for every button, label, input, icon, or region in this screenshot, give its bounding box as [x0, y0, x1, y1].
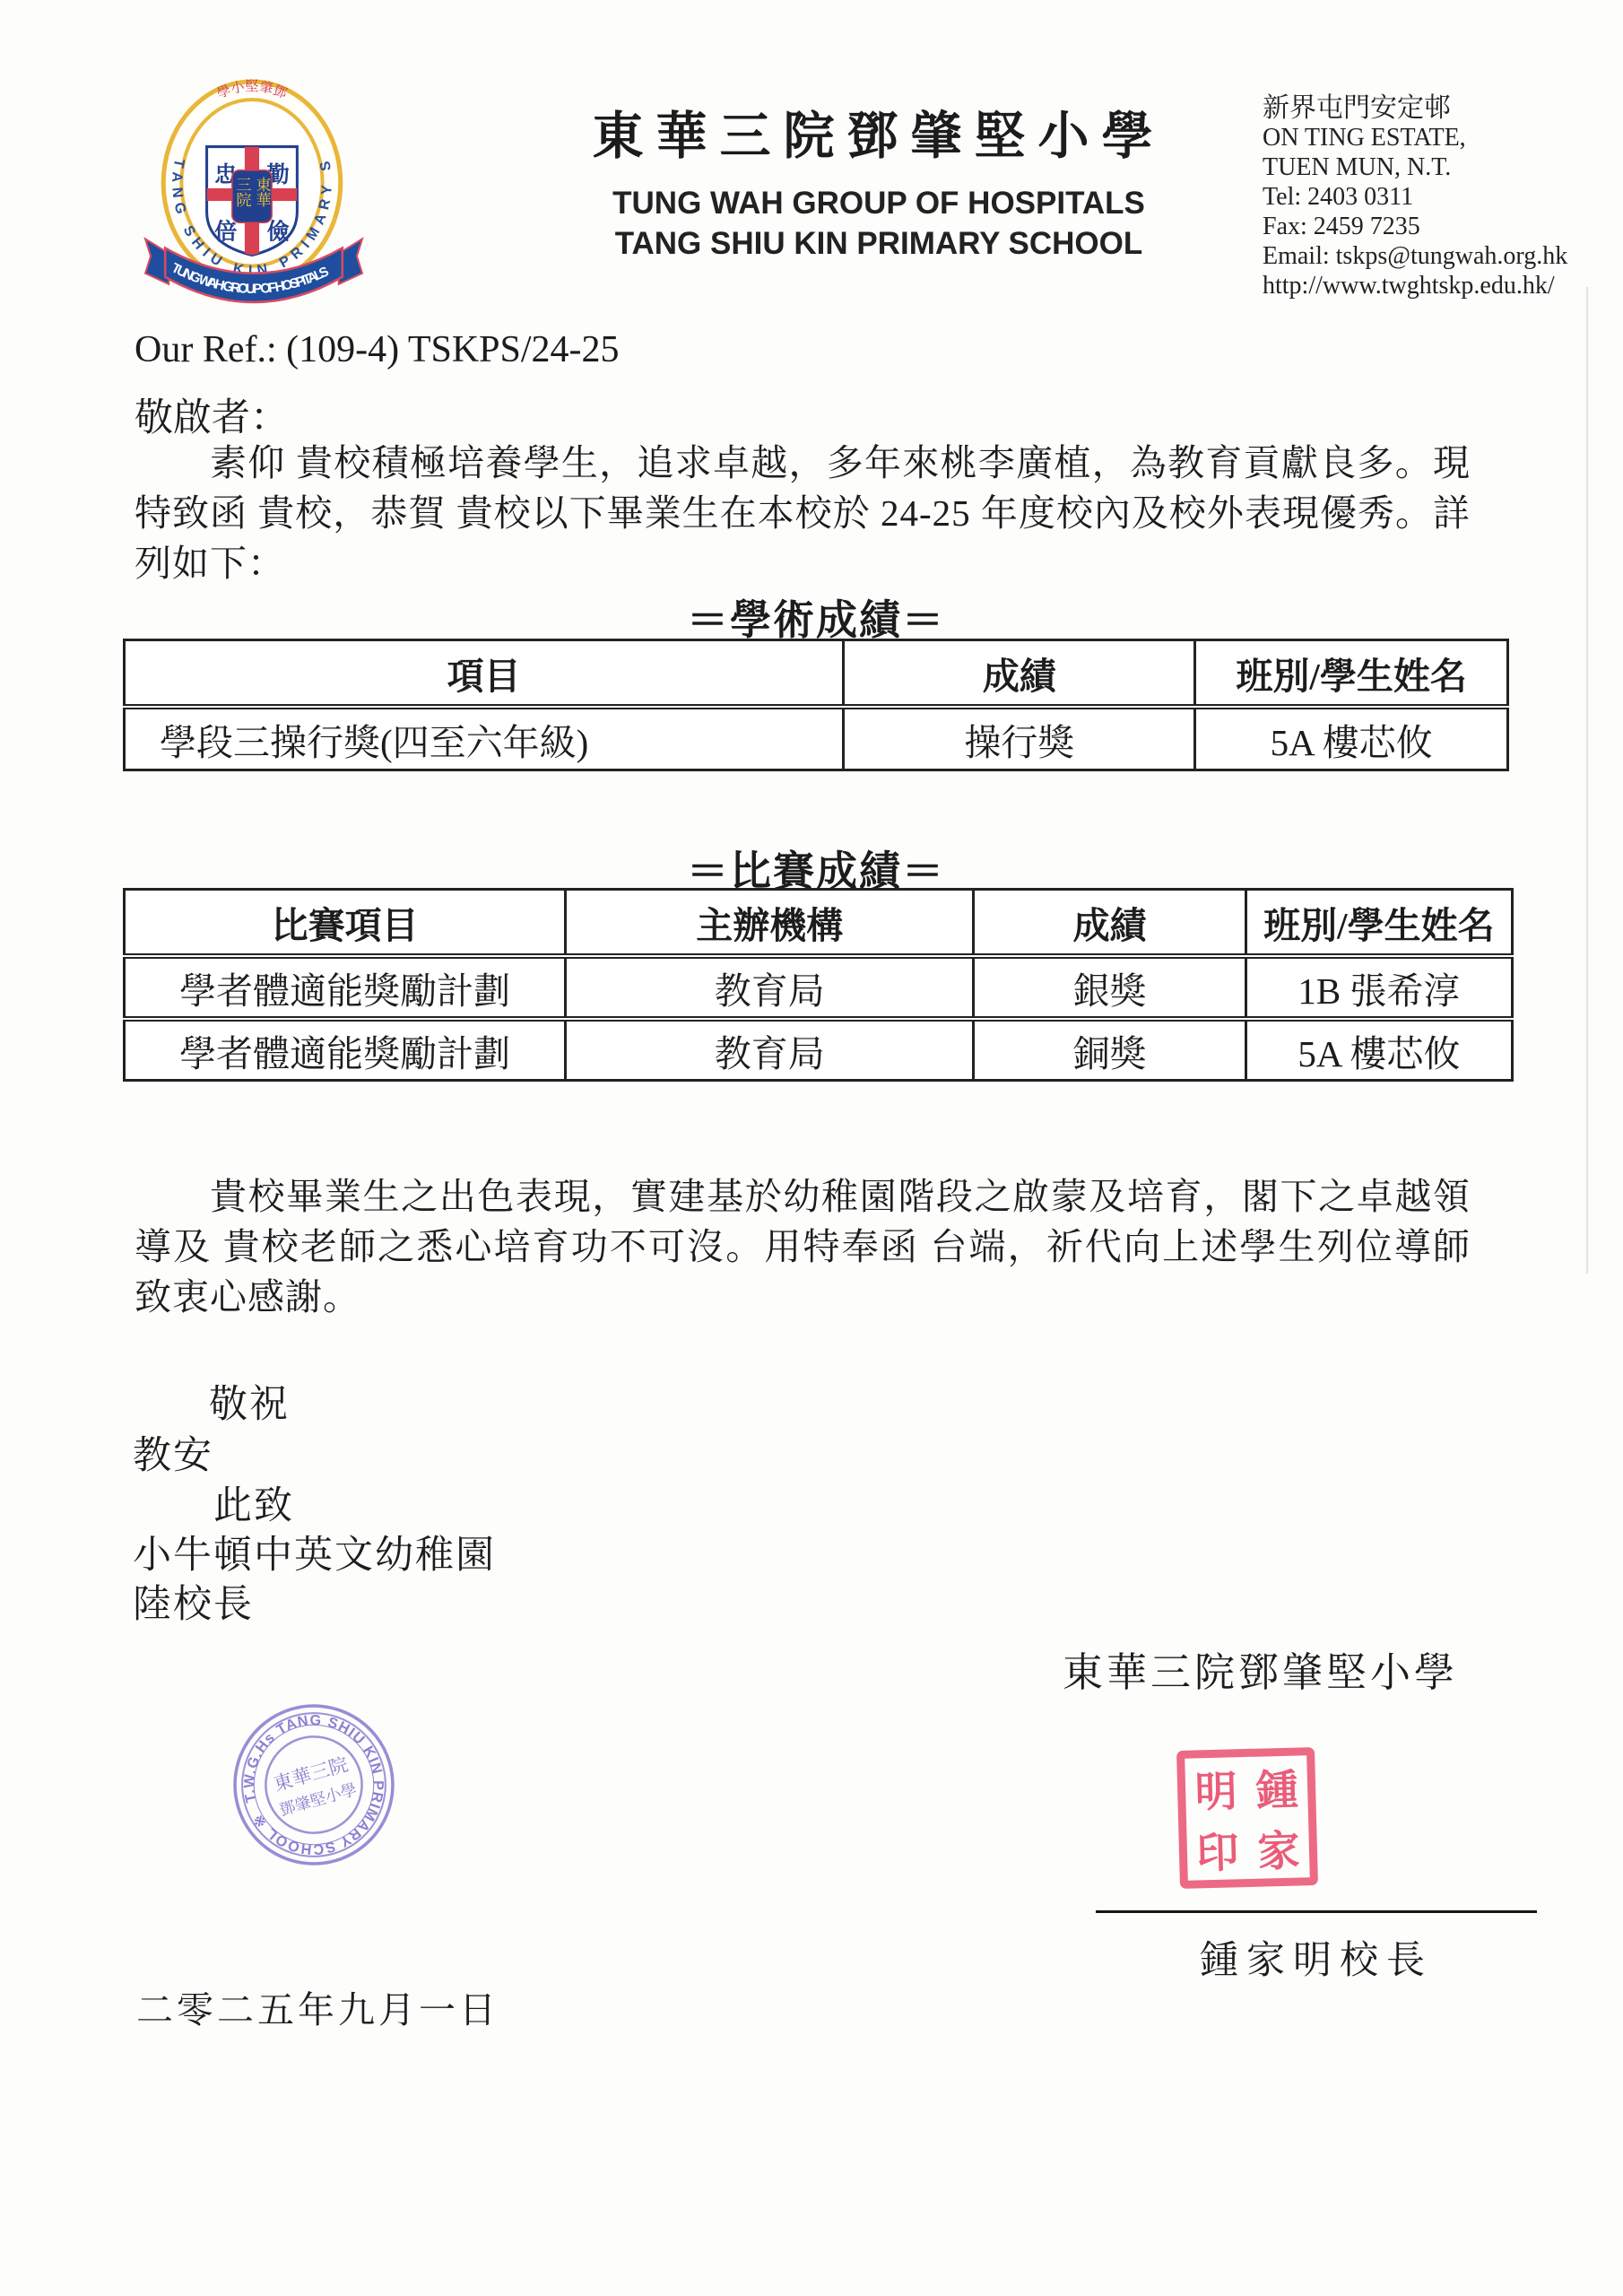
svg-text:T.W.G.Hs TANG SHIU KIN PRIMARY: T.W.G.Hs TANG SHIU KIN PRIMARY SCHOOL ※ — [231, 1702, 396, 1867]
recipient-school: 小牛頓中英文幼稚園 — [133, 1525, 496, 1579]
signature-line — [1096, 1910, 1537, 1913]
table-row: 學者體適能獎勵計劃 教育局 銀獎 1B 張希淳 — [125, 956, 1513, 1019]
school-round-stamp: T.W.G.Hs TANG SHIU KIN PRIMARY SCHOOL ※ … — [231, 1702, 396, 1867]
salutation: 敬啟者： — [135, 387, 289, 442]
cell-result: 銀獎 — [974, 956, 1245, 1019]
center-emblem-right-col: 東華 — [254, 177, 272, 207]
contact-fax: Fax: 2459 7235 — [1263, 212, 1567, 241]
cell-student: 1B 張希淳 — [1245, 956, 1512, 1019]
cell-event: 學者體適能獎勵計劃 — [125, 1019, 566, 1081]
cell-student: 5A 樓芯攸 — [1245, 1019, 1512, 1081]
contact-email: Email: tskps@tungwah.org.hk — [1263, 241, 1567, 271]
closing-jiaoan: 教安 — [133, 1425, 213, 1480]
cell-item: 學段三操行獎(四至六年級) — [125, 707, 844, 770]
signature-school-name: 東華三院鄧肇堅小學 — [1063, 1639, 1458, 1698]
scan-artifact-line — [1586, 287, 1588, 1274]
header-cell: 班別/學生姓名 — [1195, 640, 1508, 708]
principal-red-seal: 明 鍾 印 家 — [1176, 1747, 1318, 1889]
cell-organiser: 教育局 — [566, 956, 974, 1019]
body-paragraph-1: 素仰 貴校積極培養學生，追求卓越，多年來桃李廣植，為教育貢獻良多。現特致函 貴校… — [135, 438, 1471, 588]
shield-char-bottom-right: 儉 — [267, 219, 290, 244]
seal-char: 印 — [1186, 1818, 1249, 1881]
closing-cizhi: 此致 — [213, 1475, 294, 1530]
table-row: 學段三操行獎(四至六年級) 操行獎 5A 樓芯攸 — [125, 707, 1508, 770]
cell-organiser: 教育局 — [566, 1019, 974, 1081]
closing-jingzhu: 敬祝 — [209, 1374, 290, 1429]
seal-char: 鍾 — [1245, 1755, 1308, 1818]
header-cell: 班別/學生姓名 — [1245, 890, 1512, 957]
competition-results-table: 比賽項目 主辦機構 成績 班別/學生姓名 學者體適能獎勵計劃 教育局 銀獎 1B… — [123, 888, 1514, 1082]
table-header-row: 比賽項目 主辦機構 成績 班別/學生姓名 — [125, 890, 1513, 957]
table-row: 學者體適能獎勵計劃 教育局 銅獎 5A 樓芯攸 — [125, 1019, 1513, 1081]
letter-date: 二零二五年九月一日 — [136, 1980, 499, 2033]
cell-student: 5A 樓芯攸 — [1195, 707, 1508, 770]
stamp-ring-text: T.W.G.Hs TANG SHIU KIN PRIMARY SCHOOL ※ — [231, 1702, 396, 1867]
scanned-letter-page: TANG SHIU KIN PRIMARY SCHOOL 學小堅肇鄧 忠 勤 倍… — [0, 0, 1623, 2296]
header-cell: 項目 — [125, 640, 844, 708]
body-paragraph-2: 貴校畢業生之出色表現，實建基於幼稚園階段之啟蒙及培育，閣下之卓越領導及 貴校老師… — [135, 1171, 1471, 1322]
school-name-en-line2: TANG SHIU KIN PRIMARY SCHOOL — [498, 223, 1260, 264]
principal-name: 鍾家明校長 — [1096, 1930, 1537, 1985]
school-crest-logo: TANG SHIU KIN PRIMARY SCHOOL 學小堅肇鄧 忠 勤 倍… — [142, 75, 366, 314]
table-header-row: 項目 成績 班別/學生姓名 — [125, 640, 1508, 708]
header-cell: 成績 — [844, 640, 1195, 708]
shield-char-bottom-left: 倍 — [214, 219, 237, 244]
recipient-principal: 陸校長 — [133, 1574, 254, 1629]
school-name-en-line1: TUNG WAH GROUP OF HOSPITALS — [498, 183, 1260, 223]
contact-block: 新界屯門安定邨 ON TING ESTATE, TUEN MUN, N.T. T… — [1263, 93, 1567, 300]
letterhead-title-block: 東華三院鄧肇堅小學 TUNG WAH GROUP OF HOSPITALS TA… — [498, 95, 1260, 264]
academic-results-table: 項目 成績 班別/學生姓名 學段三操行獎(四至六年級) 操行獎 5A 樓芯攸 — [123, 639, 1509, 771]
seal-char: 家 — [1247, 1816, 1310, 1879]
header-cell: 成績 — [974, 890, 1245, 957]
header-cell: 主辦機構 — [566, 890, 974, 957]
contact-address-en1: ON TING ESTATE, — [1263, 123, 1567, 152]
contact-address-en2: TUEN MUN, N.T. — [1263, 152, 1567, 182]
school-crest-icon: TANG SHIU KIN PRIMARY SCHOOL 學小堅肇鄧 忠 勤 倍… — [142, 75, 366, 314]
contact-address-zh: 新界屯門安定邨 — [1263, 93, 1567, 123]
cell-result: 操行獎 — [844, 707, 1195, 770]
seal-char: 明 — [1185, 1757, 1247, 1820]
contact-tel: Tel: 2403 0311 — [1263, 182, 1567, 212]
school-name-zh: 東華三院鄧肇堅小學 — [498, 95, 1260, 169]
round-stamp-icon: T.W.G.Hs TANG SHIU KIN PRIMARY SCHOOL ※ … — [231, 1702, 396, 1867]
cell-result: 銅獎 — [974, 1019, 1245, 1081]
cell-event: 學者體適能獎勵計劃 — [125, 956, 566, 1019]
header-cell: 比賽項目 — [125, 890, 566, 957]
contact-website: http://www.twghtskp.edu.hk/ — [1263, 271, 1567, 300]
center-emblem-left-col: 三院 — [233, 177, 251, 207]
reference-number: Our Ref.: (109-4) TSKPS/24-25 — [135, 328, 620, 371]
